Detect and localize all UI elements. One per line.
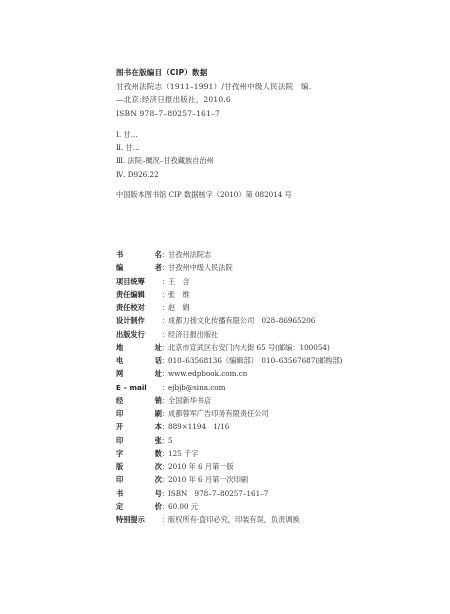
info-value: 北京市宣武区右安门内大街 65 号(邮编：100054) bbox=[168, 341, 330, 354]
info-label-part: 项目统筹 bbox=[116, 275, 145, 288]
info-value: 王 含 bbox=[168, 275, 190, 288]
info-label: 网址 bbox=[116, 367, 162, 380]
info-row: 特别提示：版权所有·盗印必究，印装有误，负责调换 bbox=[116, 513, 343, 526]
info-label-part: 电 bbox=[116, 354, 123, 367]
cip-data-block: 图书在版编目（CIP）数据 甘孜州法院志（1911–1991）/甘孜州中级人民法… bbox=[116, 66, 416, 120]
info-value: 889×1194 1/16 bbox=[168, 420, 229, 433]
info-label: 书号 bbox=[116, 487, 162, 500]
info-label-part: 设计制作 bbox=[116, 314, 145, 327]
info-label-part: 址 bbox=[155, 367, 162, 380]
info-label-part: 编 bbox=[116, 261, 123, 274]
info-value: 全国新华书店 bbox=[168, 394, 211, 407]
info-label-part: 责任校对 bbox=[116, 301, 145, 314]
info-label-part: 名 bbox=[155, 248, 162, 261]
info-row: 字数：125 千字 bbox=[116, 447, 343, 460]
info-value: 成都力扬文化传播有限公司 028–86965206 bbox=[168, 314, 315, 327]
info-label: 经销 bbox=[116, 394, 162, 407]
info-value: www.edpbook.com.cn bbox=[168, 367, 247, 380]
info-label: 书名 bbox=[116, 248, 162, 261]
info-row: 电话：010–63568136（编辑部） 010–63567687(邮购部) bbox=[116, 354, 343, 367]
info-label: 编者 bbox=[116, 261, 162, 274]
info-label: 印张 bbox=[116, 434, 162, 447]
info-label: 印次 bbox=[116, 473, 162, 486]
info-row: 责任校对：赵 娟 bbox=[116, 301, 343, 314]
info-row: 版次：2010 年 6 月第一版 bbox=[116, 460, 343, 473]
info-value: 2010 年 6 月第一版 bbox=[168, 460, 234, 473]
info-label-part: 销 bbox=[155, 394, 162, 407]
info-label-part: 印 bbox=[116, 434, 123, 447]
info-row: 印刷：成都蓉军广告印务有限责任公司 bbox=[116, 407, 343, 420]
info-value: 张 维 bbox=[168, 288, 190, 301]
info-value: 125 千字 bbox=[168, 447, 198, 460]
info-label-part: 开 bbox=[116, 420, 123, 433]
classification-item: Ⅳ. D926.22 bbox=[116, 168, 214, 181]
info-value: 甘孜州中级人民法院 bbox=[168, 261, 233, 274]
cip-approval-number: 中国版本图书馆 CIP 数据核字（2010）第 082014 号 bbox=[116, 190, 292, 200]
info-label-part: E – mail bbox=[116, 381, 147, 394]
info-row: 印次：2010 年 6 月第一次印刷 bbox=[116, 473, 343, 486]
info-label-part: 出版发行 bbox=[116, 328, 145, 341]
cip-title-line: 甘孜州法院志（1911–1991）/甘孜州中级人民法院 编. bbox=[116, 80, 416, 94]
cip-isbn-line: ISBN 978–7–80257–161–7 bbox=[116, 107, 416, 121]
info-label-part: 网 bbox=[116, 367, 123, 380]
info-label-part: 经 bbox=[116, 394, 123, 407]
info-row: 书号：ISBN 978–7–80257–161–7 bbox=[116, 487, 343, 500]
info-row: 项目统筹：王 含 bbox=[116, 275, 343, 288]
info-value: 60.00 元 bbox=[168, 500, 198, 513]
info-label-part: 字 bbox=[116, 447, 123, 460]
info-row: 出版发行：经济日报出版社 bbox=[116, 328, 343, 341]
info-label: E – mail bbox=[116, 381, 162, 394]
cip-publisher-line: —北京:经济日报出版社，2010.6 bbox=[116, 93, 416, 107]
info-row: 开本：889×1194 1/16 bbox=[116, 420, 343, 433]
info-label-part: 话 bbox=[155, 354, 162, 367]
info-row: 书名：甘孜州法院志 bbox=[116, 248, 343, 261]
info-label-part: 责任编辑 bbox=[116, 288, 145, 301]
info-label-part: 书 bbox=[116, 487, 123, 500]
info-label-part: 定 bbox=[116, 500, 123, 513]
classification-item: Ⅲ. 法院–概况–甘孜藏族自治州 bbox=[116, 154, 214, 167]
info-label-part: 特别提示 bbox=[116, 513, 145, 526]
info-row: 印张：5 bbox=[116, 434, 343, 447]
info-value: 成都蓉军广告印务有限责任公司 bbox=[168, 407, 269, 420]
info-label: 版次 bbox=[116, 460, 162, 473]
info-label-part: 印 bbox=[116, 473, 123, 486]
info-label-part: 刷 bbox=[155, 407, 162, 420]
info-label: 设计制作 bbox=[116, 314, 162, 327]
info-value: 5 bbox=[168, 434, 173, 447]
info-value: 经济日报出版社 bbox=[168, 328, 218, 341]
info-row: 设计制作：成都力扬文化传播有限公司 028–86965206 bbox=[116, 314, 343, 327]
info-label-part: 数 bbox=[155, 447, 162, 460]
info-label-part: 号 bbox=[155, 487, 162, 500]
info-label-part: 地 bbox=[116, 341, 123, 354]
info-label-part: 本 bbox=[155, 420, 162, 433]
cip-heading: 图书在版编目（CIP）数据 bbox=[116, 66, 416, 80]
info-label-part: 书 bbox=[116, 248, 123, 261]
info-value: 版权所有·盗印必究，印装有误，负责调换 bbox=[168, 513, 300, 526]
info-label: 出版发行 bbox=[116, 328, 162, 341]
info-row: E – mail：ejbjb@sina.com bbox=[116, 381, 343, 394]
info-label-part: 张 bbox=[155, 434, 162, 447]
info-row: 经销：全国新华书店 bbox=[116, 394, 343, 407]
info-label: 项目统筹 bbox=[116, 275, 162, 288]
info-row: 网址：www.edpbook.com.cn bbox=[116, 367, 343, 380]
publication-info: 书名：甘孜州法院志编者：甘孜州中级人民法院项目统筹：王 含责任编辑：张 维责任校… bbox=[116, 248, 343, 526]
classification-list: Ⅰ. 甘… Ⅱ. 甘… Ⅲ. 法院–概况–甘孜藏族自治州 Ⅳ. D926.22 bbox=[116, 128, 214, 181]
info-label-part: 次 bbox=[155, 460, 162, 473]
info-value: 甘孜州法院志 bbox=[168, 248, 211, 261]
info-label: 电话 bbox=[116, 354, 162, 367]
info-label: 地址 bbox=[116, 341, 162, 354]
info-value: ISBN 978–7–80257–161–7 bbox=[168, 487, 268, 500]
info-row: 定价：60.00 元 bbox=[116, 500, 343, 513]
info-label: 责任校对 bbox=[116, 301, 162, 314]
info-row: 编者：甘孜州中级人民法院 bbox=[116, 261, 343, 274]
info-label: 责任编辑 bbox=[116, 288, 162, 301]
info-label: 开本 bbox=[116, 420, 162, 433]
info-label: 定价 bbox=[116, 500, 162, 513]
info-label-part: 价 bbox=[155, 500, 162, 513]
info-label: 字数 bbox=[116, 447, 162, 460]
info-row: 责任编辑：张 维 bbox=[116, 288, 343, 301]
info-label-part: 版 bbox=[116, 460, 123, 473]
classification-item: Ⅱ. 甘… bbox=[116, 141, 214, 154]
info-label: 印刷 bbox=[116, 407, 162, 420]
info-label-part: 者 bbox=[155, 261, 162, 274]
info-label: 特别提示 bbox=[116, 513, 162, 526]
classification-item: Ⅰ. 甘… bbox=[116, 128, 214, 141]
info-value: 010–63568136（编辑部） 010–63567687(邮购部) bbox=[168, 354, 343, 367]
info-label-part: 次 bbox=[155, 473, 162, 486]
copyright-page: 图书在版编目（CIP）数据 甘孜州法院志（1911–1991）/甘孜州中级人民法… bbox=[0, 0, 450, 614]
info-value: 2010 年 6 月第一次印刷 bbox=[168, 473, 248, 486]
info-value: 赵 娟 bbox=[168, 301, 190, 314]
info-label-part: 印 bbox=[116, 407, 123, 420]
info-row: 地址：北京市宣武区右安门内大街 65 号(邮编：100054) bbox=[116, 341, 343, 354]
info-value: ejbjb@sina.com bbox=[168, 381, 225, 394]
info-label-part: 址 bbox=[155, 341, 162, 354]
